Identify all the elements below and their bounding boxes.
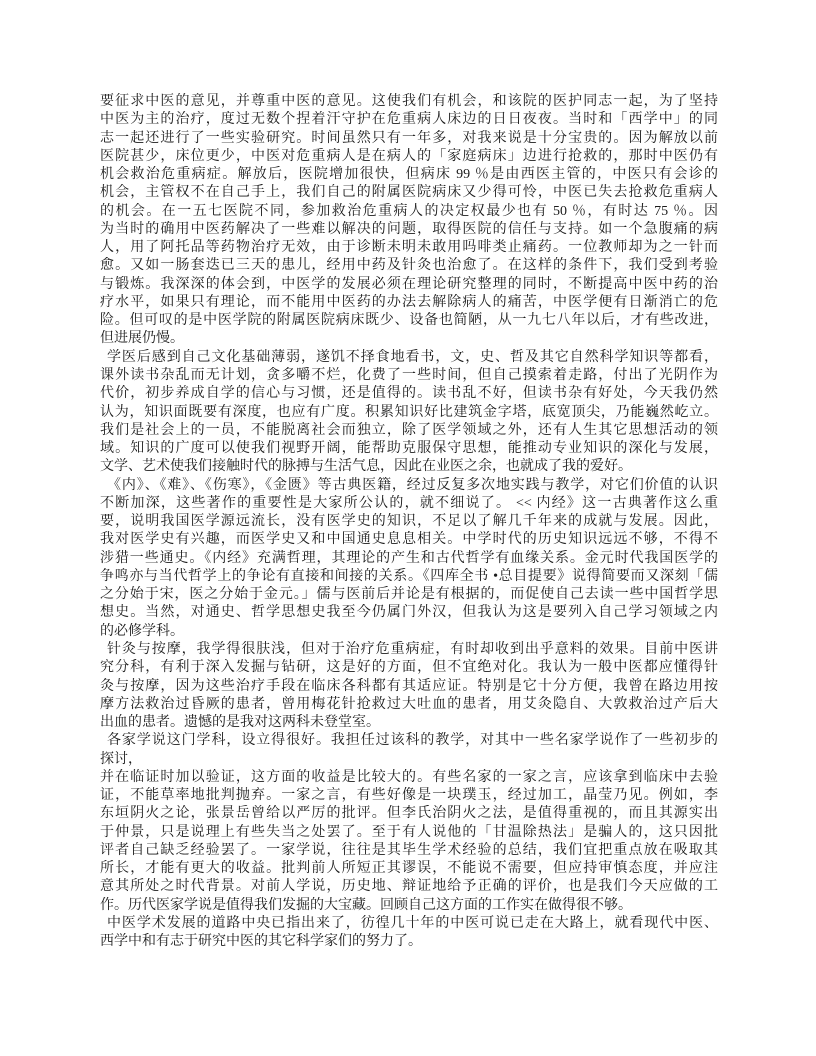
- text-line: 于仲景，只是说理上有些失当之处罢了。至于有人说他的「甘温除热法」是骗人的，这只因…: [100, 824, 718, 842]
- text-line: 我对医学史有兴趣，而医学史又和中国通史息息相关。中学时代的历史知识远远不够，不得…: [100, 531, 718, 549]
- text-line: 志一起还进行了一些实验研究。时间虽然只有一年多，对我来说是十分宝贵的。因为解放以…: [100, 130, 718, 148]
- text-line: 所长，才能有更大的收益。批判前人所短正其谬误，不能说不需要，但应持审慎态度，并应…: [100, 860, 718, 878]
- text-line: 意其所处之时代背景。对前人学说，历史地、辩证地给予正确的评价，也是我们今天应做的…: [100, 878, 718, 896]
- text-line: 文学、艺术使我们接触时代的脉搏与生活气息，因此在业医之余，也就成了我的爱好。: [100, 458, 718, 476]
- text-line: 学医后感到自己文化基础薄弱，遂饥不择食地看书，文，史、哲及其它自然科学知识等都看…: [100, 349, 718, 367]
- text-line: 涉猎一些通史。《内经》充满哲理，其理论的产生和古代哲学有血缘关系。金元时代我国医…: [100, 550, 718, 568]
- text-line: 的必修学科。: [100, 623, 718, 641]
- text-line: 不断加深，这些著作的重要性是大家所公认的，就不细说了。 << 内经》这一古典著作…: [100, 495, 718, 513]
- text-line: 要，说明我国医学源远流长，没有医学史的知识，不足以了解几千年来的成就与发展。因此…: [100, 513, 718, 531]
- text-line: 东垣阴火之论，张景岳曾给以严厉的批评。但李氏治阴火之法，是值得重视的，而且其源实…: [100, 805, 718, 823]
- text-line: 证，不能草率地批判抛弃。一家之言，有些好像是一块璞玉，经过加工，晶莹乃见。例如，…: [100, 787, 718, 805]
- text-line: 探讨，: [100, 751, 718, 769]
- document-text: 要征求中医的意见，并尊重中医的意见。这使我们有机会，和该院的医护同志一起，为了坚…: [100, 93, 718, 951]
- text-line: 险。但可叹的是中医学院的附属医院病床既少、设备也简陋，从一九七八年以后，才有些改…: [100, 312, 718, 330]
- text-line: 《内》、《难》、《伤寒》，《金匮》等古典医籍，经过反复多次地实践与教学，对它们价…: [100, 477, 718, 495]
- text-line: 并在临证时加以验证，这方面的收益是比较大的。有些名家的一家之言，应该拿到临床中去…: [100, 769, 718, 787]
- text-line: 摩方法救治过昏厥的患者，曾用梅花针抢救过大吐血的患者，用艾灸隐自、大敦救治过产后…: [100, 696, 718, 714]
- text-line: 机会救治危重病症。解放后，医院增加很快，但病床 99 ％是由西医主管的，中医只有…: [100, 166, 718, 184]
- text-line: 评者自己缺乏经验罢了。一家学说，往往是其毕生学术经验的总结，我们宜把重点放在吸取…: [100, 842, 718, 860]
- document-page: 要征求中医的意见，并尊重中医的意见。这使我们有机会，和该院的医护同志一起，为了坚…: [0, 0, 816, 1056]
- text-line: 愈。又如一肠套迭已三天的患儿，经用中药及针灸也治愈了。在这样的条件下，我们受到考…: [100, 257, 718, 275]
- text-line: 西学中和有志于研究中医的其它科学家们的努力了。: [100, 933, 718, 951]
- text-line: 课外读书杂乱而无计划，贪多嚼不烂，化费了一些时间，但自己摸索着走路，付出了光阴作…: [100, 367, 718, 385]
- text-line: 但进展仍慢。: [100, 330, 718, 348]
- text-line: 代价，初步养成自学的信心与习惯，还是值得的。读书乱不好，但读书杂有好处，今天我仍…: [100, 385, 718, 403]
- text-line: 各家学说这门学科，设立得很好。我担任过该科的教学，对其中一些名家学说作了一些初步…: [100, 732, 718, 750]
- text-line: 究分科，有利于深入发掘与钻研，这是好的方面，但不宜绝对化。我认为一般中医都应懂得…: [100, 659, 718, 677]
- text-line: 机会，主管权不在自己手上，我们自己的附属医院病床又少得可怜，中医已失去抢救危重病…: [100, 184, 718, 202]
- text-line: 疗水平，如果只有理论，而不能用中医药的办法去解除病人的痛苦，中医学便有日渐消亡的…: [100, 294, 718, 312]
- text-line: 医院甚少，床位更少，中医对危重病人是在病人的「家庭病床」边进行抢救的，那时中医仍…: [100, 148, 718, 166]
- text-line: 与锻炼。我深深的体会到，中医学的发展必须在理论研究整理的同时，不断提高中医中药的…: [100, 276, 718, 294]
- text-line: 争鸣亦与当代哲学上的争论有直接和间接的关系。《四库全书 •总目提要》说得简要而又…: [100, 568, 718, 586]
- text-line: 之分始于宋，医之分始于金元。」儒与医前后并论是有根据的，而促使自己去读一些中国哲…: [100, 586, 718, 604]
- text-line: 人，用了阿托品等药物治疗无效，由于诊断未明未敢用吗啡类止痛药。一位教师却为之一针…: [100, 239, 718, 257]
- text-line: 我们是社会上的一员，不能脱离社会而独立，除了医学领域之外，还有人生其它思想活动的…: [100, 422, 718, 440]
- text-line: 的机会。在一五七医院不同，参加救治危重病人的决定权最少也有 50 ％，有时达 7…: [100, 203, 718, 221]
- text-line: 认为，知识面既要有深度，也应有广度。积累知识好比建筑金字塔，底宽顶尖，乃能巍然屹…: [100, 404, 718, 422]
- text-line: 要征求中医的意见，并尊重中医的意见。这使我们有机会，和该院的医护同志一起，为了坚…: [100, 93, 718, 111]
- text-line: 针灸与按摩，我学得很肤浅，但对于治疗危重病症，有时却收到出乎意料的效果。目前中医…: [100, 641, 718, 659]
- text-line: 出血的患者。遗憾的是我对这两科未登堂室。: [100, 714, 718, 732]
- text-line: 中医为主的治疗，度过无数个捏着汗守护在危重病人床边的日日夜夜。当时和「西学中」的…: [100, 111, 718, 129]
- text-line: 域。知识的广度可以使我们视野开阔，能帮助克服保守思想，能推动专业知识的深化与发展…: [100, 440, 718, 458]
- text-line: 作。历代医家学说是值得我们发掘的大宝藏。回顾自己这方面的工作实在做得很不够。: [100, 897, 718, 915]
- text-line: 中医学术发展的道路中央已指出来了，彷徨几十年的中医可说已走在大路上，就看现代中医…: [100, 915, 718, 933]
- text-line: 灸与按摩，因为这些治疗手段在临床各科都有其适应证。特别是它十分方便，我曾在路边用…: [100, 678, 718, 696]
- text-line: 想史。当然，对通史、哲学思想史我至今仍属门外汉，但我认为这是要列入自己学习领域之…: [100, 604, 718, 622]
- text-line: 为当时的确用中医药解决了一些难以解决的问题，取得医院的信任与支持。如一个急腹痛的…: [100, 221, 718, 239]
